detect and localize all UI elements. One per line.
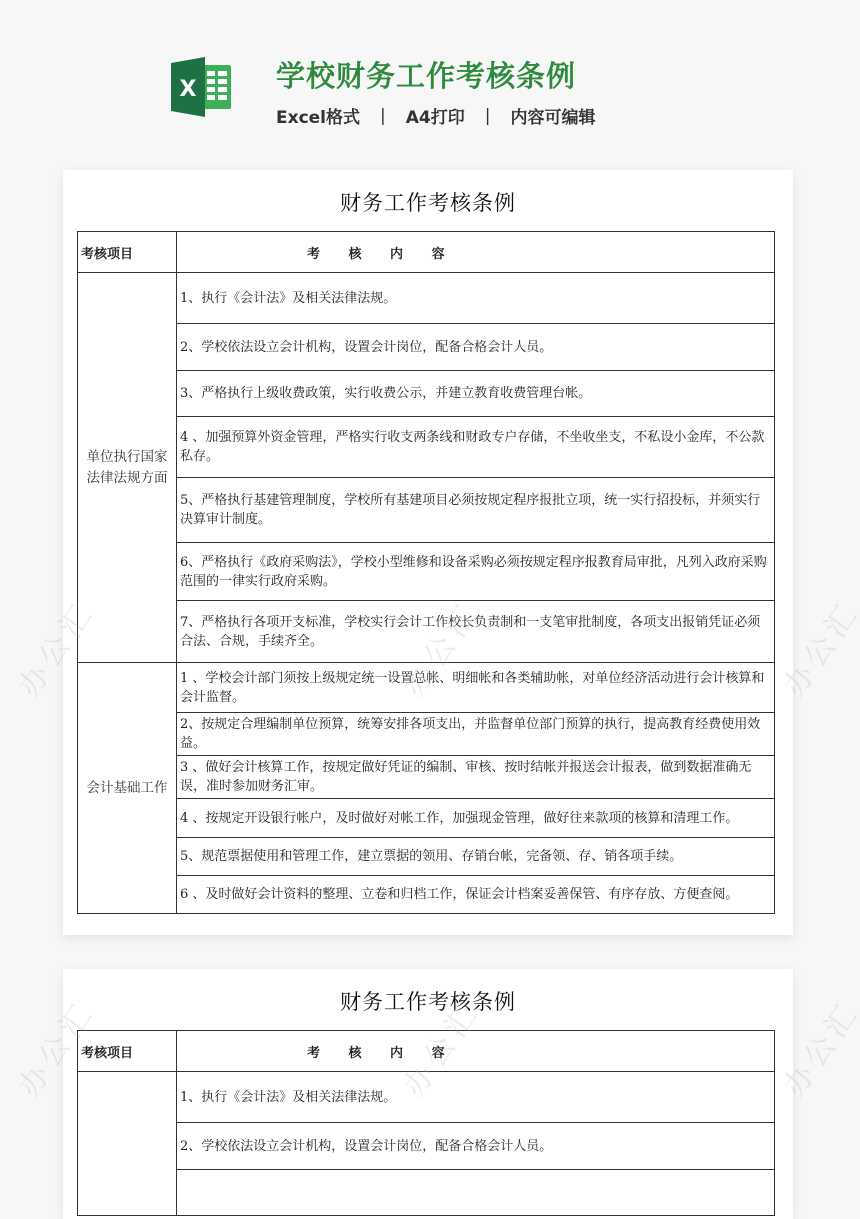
table-row [78, 1170, 775, 1216]
table-row: 2、按规定合理编制单位预算，统筹安排各项支出，并监督单位部门预算的执行，提高教育… [78, 713, 775, 756]
column-header-item: 考核项目 [78, 232, 177, 273]
column-header-content: 考 核 内 容 [177, 1031, 775, 1072]
table-row: 6、严格执行《政府采购法》，学校小型维修和设备采购必须按规定程序报教育局审批，凡… [78, 543, 775, 601]
table-row: 6 、及时做好会计资料的整理、立卷和归档工作，保证会计档案妥善保管、有序存放、方… [78, 876, 775, 914]
tag-print: A4打印 [406, 103, 465, 128]
content-cell: 2、学校依法设立会计机构，设置会计岗位，配备合格会计人员。 [177, 1123, 775, 1170]
tag-editable: 内容可编辑 [510, 103, 595, 128]
table-row: 5、规范票据使用和管理工作，建立票据的领用、存销台帐，完备领、存、销各项手续。 [78, 838, 775, 876]
content-cell: 7、严格执行各项开支标准，学校实行会计工作校长负责制和一支笔审批制度，各项支出报… [177, 601, 775, 663]
app-title: 学校财务工作考核条例 [276, 54, 576, 95]
table-row: 会计基础工作 1 、学校会计部门须按上级规定统一设置总帐、明细帐和各类辅助帐，对… [78, 663, 775, 713]
document-page-2: 财务工作考核条例 考核项目 考 核 内 容 1、执行《会计法》及相关法律法规。 … [63, 969, 793, 1219]
excel-icon: X [171, 57, 233, 117]
table-row: 4 、按规定开设银行帐户，及时做好对帐工作，加强现金管理，做好往来款项的核算和清… [78, 799, 775, 838]
table-row: 2、学校依法设立会计机构，设置会计岗位，配备合格会计人员。 [78, 1123, 775, 1170]
content-cell: 3、严格执行上级收费政策，实行收费公示，并建立教育收费管理台帐。 [177, 371, 775, 417]
table-row: 7、严格执行各项开支标准，学校实行会计工作校长负责制和一支笔审批制度，各项支出报… [78, 601, 775, 663]
content-cell: 4 、按规定开设银行帐户，及时做好对帐工作，加强现金管理，做好往来款项的核算和清… [177, 799, 775, 838]
column-header-content: 考 核 内 容 [177, 232, 775, 273]
separator: | [380, 106, 386, 126]
category-cell [78, 1072, 177, 1216]
content-cell: 5、规范票据使用和管理工作，建立票据的领用、存销台帐，完备领、存、销各项手续。 [177, 838, 775, 876]
assessment-table: 考核项目 考 核 内 容 单位执行国家法律法规方面 1、执行《会计法》及相关法律… [77, 231, 775, 914]
table-row: 单位执行国家法律法规方面 1、执行《会计法》及相关法律法规。 [78, 273, 775, 324]
content-cell: 1 、学校会计部门须按上级规定统一设置总帐、明细帐和各类辅助帐，对单位经济活动进… [177, 663, 775, 713]
column-header-item: 考核项目 [78, 1031, 177, 1072]
content-cell [177, 1170, 775, 1216]
category-cell: 会计基础工作 [78, 663, 177, 914]
content-cell: 2、按规定合理编制单位预算，统筹安排各项支出，并监督单位部门预算的执行，提高教育… [177, 713, 775, 756]
category-cell: 单位执行国家法律法规方面 [78, 273, 177, 663]
tag-format: Excel格式 [276, 103, 360, 128]
content-cell: 6、严格执行《政府采购法》，学校小型维修和设备采购必须按规定程序报教育局审批，凡… [177, 543, 775, 601]
feature-tags: Excel格式 | A4打印 | 内容可编辑 [276, 103, 595, 128]
document-page-1: 财务工作考核条例 考核项目 考 核 内 容 单位执行国家法律法规方面 1、执行《… [63, 170, 793, 935]
header: X 学校财务工作考核条例 Excel格式 | A4打印 | 内容可编辑 [0, 0, 860, 160]
document-title: 财务工作考核条例 [63, 187, 793, 217]
content-cell: 1、执行《会计法》及相关法律法规。 [177, 1072, 775, 1123]
separator: | [485, 106, 491, 126]
table-row: 1、执行《会计法》及相关法律法规。 [78, 1072, 775, 1123]
content-cell: 3 、做好会计核算工作，按规定做好凭证的编制、审核、按时结帐并报送会计报表，做到… [177, 756, 775, 799]
table-row: 3 、做好会计核算工作，按规定做好凭证的编制、审核、按时结帐并报送会计报表，做到… [78, 756, 775, 799]
assessment-table: 考核项目 考 核 内 容 1、执行《会计法》及相关法律法规。 2、学校依法设立会… [77, 1030, 775, 1216]
table-header-row: 考核项目 考 核 内 容 [78, 1031, 775, 1072]
table-row: 5、严格执行基建管理制度，学校所有基建项目必须按规定程序报批立项，统一实行招投标… [78, 478, 775, 543]
content-cell: 1、执行《会计法》及相关法律法规。 [177, 273, 775, 324]
content-cell: 4 、加强预算外资金管理，严格实行收支两条线和财政专户存储，不坐收坐支，不私设小… [177, 417, 775, 478]
content-cell: 2、学校依法设立会计机构，设置会计岗位，配备合格会计人员。 [177, 324, 775, 371]
svg-text:X: X [180, 77, 197, 102]
table-row: 3、严格执行上级收费政策，实行收费公示，并建立教育收费管理台帐。 [78, 371, 775, 417]
table-row: 2、学校依法设立会计机构，设置会计岗位，配备合格会计人员。 [78, 324, 775, 371]
content-cell: 5、严格执行基建管理制度，学校所有基建项目必须按规定程序报批立项，统一实行招投标… [177, 478, 775, 543]
table-row: 4 、加强预算外资金管理，严格实行收支两条线和财政专户存储，不坐收坐支，不私设小… [78, 417, 775, 478]
content-cell: 6 、及时做好会计资料的整理、立卷和归档工作，保证会计档案妥善保管、有序存放、方… [177, 876, 775, 914]
document-title: 财务工作考核条例 [63, 986, 793, 1016]
table-header-row: 考核项目 考 核 内 容 [78, 232, 775, 273]
